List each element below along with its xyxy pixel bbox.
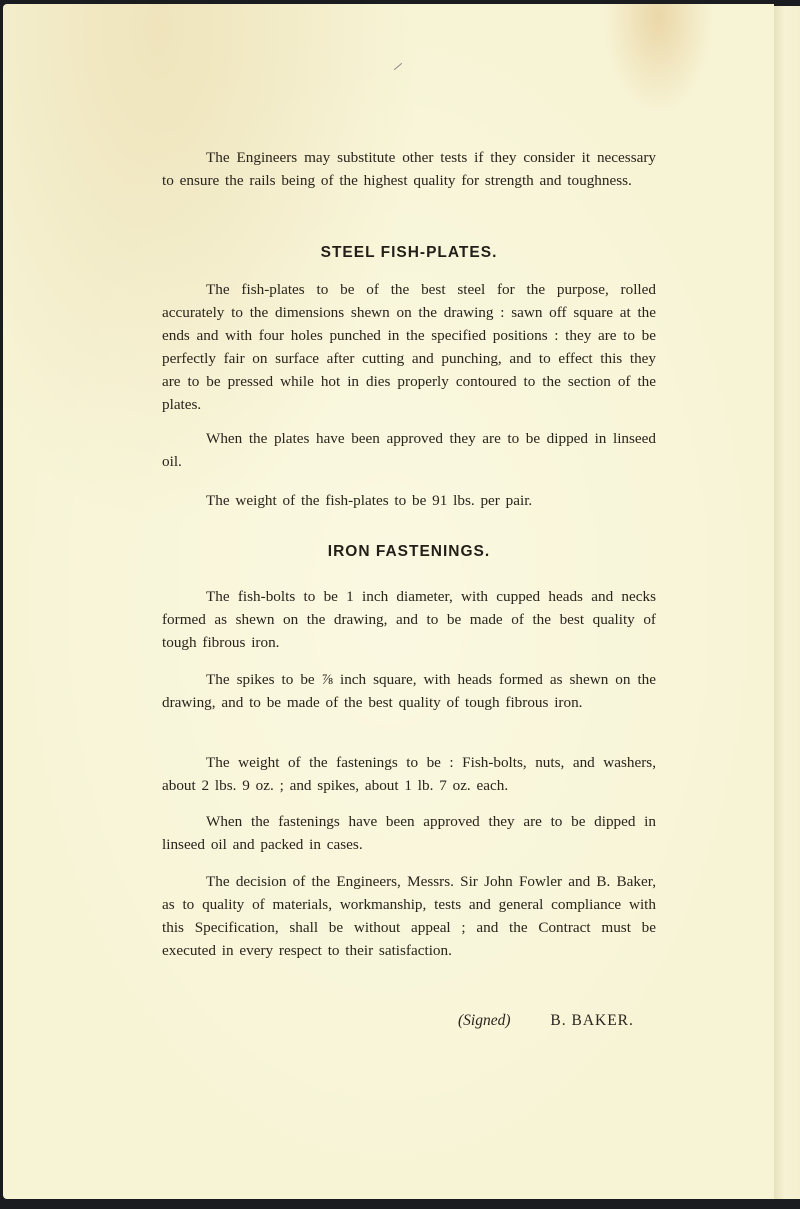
paragraph: The fish-plates to be of the best steel … <box>162 278 656 416</box>
iron-fastenings-paragraph-3-block: The weight of the fastenings to be : Fis… <box>162 751 656 797</box>
intro-paragraph-block: The Engineers may substitute other tests… <box>162 146 656 192</box>
section-heading-steel-fish-plates: STEEL FISH-PLATES. <box>162 244 656 262</box>
steel-fish-plates-paragraph-2-block: When the plates have been approved they … <box>162 427 656 473</box>
signatory-name: B. BAKER. <box>550 1012 634 1029</box>
iron-fastenings-paragraph-2-block: The spikes to be ⅞ inch square, with hea… <box>162 668 656 714</box>
signature-line: (Signed) B. BAKER. <box>458 1012 634 1030</box>
paragraph: The fish-bolts to be 1 inch diameter, wi… <box>162 585 656 654</box>
paragraph: The weight of the fastenings to be : Fis… <box>162 751 656 797</box>
iron-fastenings-paragraph-4-block: When the fastenings have been approved t… <box>162 810 656 856</box>
iron-fastenings-paragraph-1-block: The fish-bolts to be 1 inch diameter, wi… <box>162 585 656 654</box>
next-page-edge <box>774 6 800 1199</box>
steel-fish-plates-paragraph-1-block: The fish-plates to be of the best steel … <box>162 278 656 416</box>
paragraph: The decision of the Engineers, Messrs. S… <box>162 870 656 962</box>
section-heading-iron-fastenings: IRON FASTENINGS. <box>162 543 656 561</box>
iron-fastenings-paragraph-5-block: The decision of the Engineers, Messrs. S… <box>162 870 656 962</box>
paragraph: When the fastenings have been approved t… <box>162 810 656 856</box>
paragraph: When the plates have been approved they … <box>162 427 656 473</box>
pencil-mark <box>394 63 402 70</box>
steel-fish-plates-paragraph-3-block: The weight of the fish-plates to be 91 l… <box>162 489 656 512</box>
paragraph: The weight of the fish-plates to be 91 l… <box>162 489 656 512</box>
paragraph: The spikes to be ⅞ inch square, with hea… <box>162 668 656 714</box>
intro-paragraph: The Engineers may substitute other tests… <box>162 146 656 192</box>
signed-label: (Signed) <box>458 1012 511 1029</box>
